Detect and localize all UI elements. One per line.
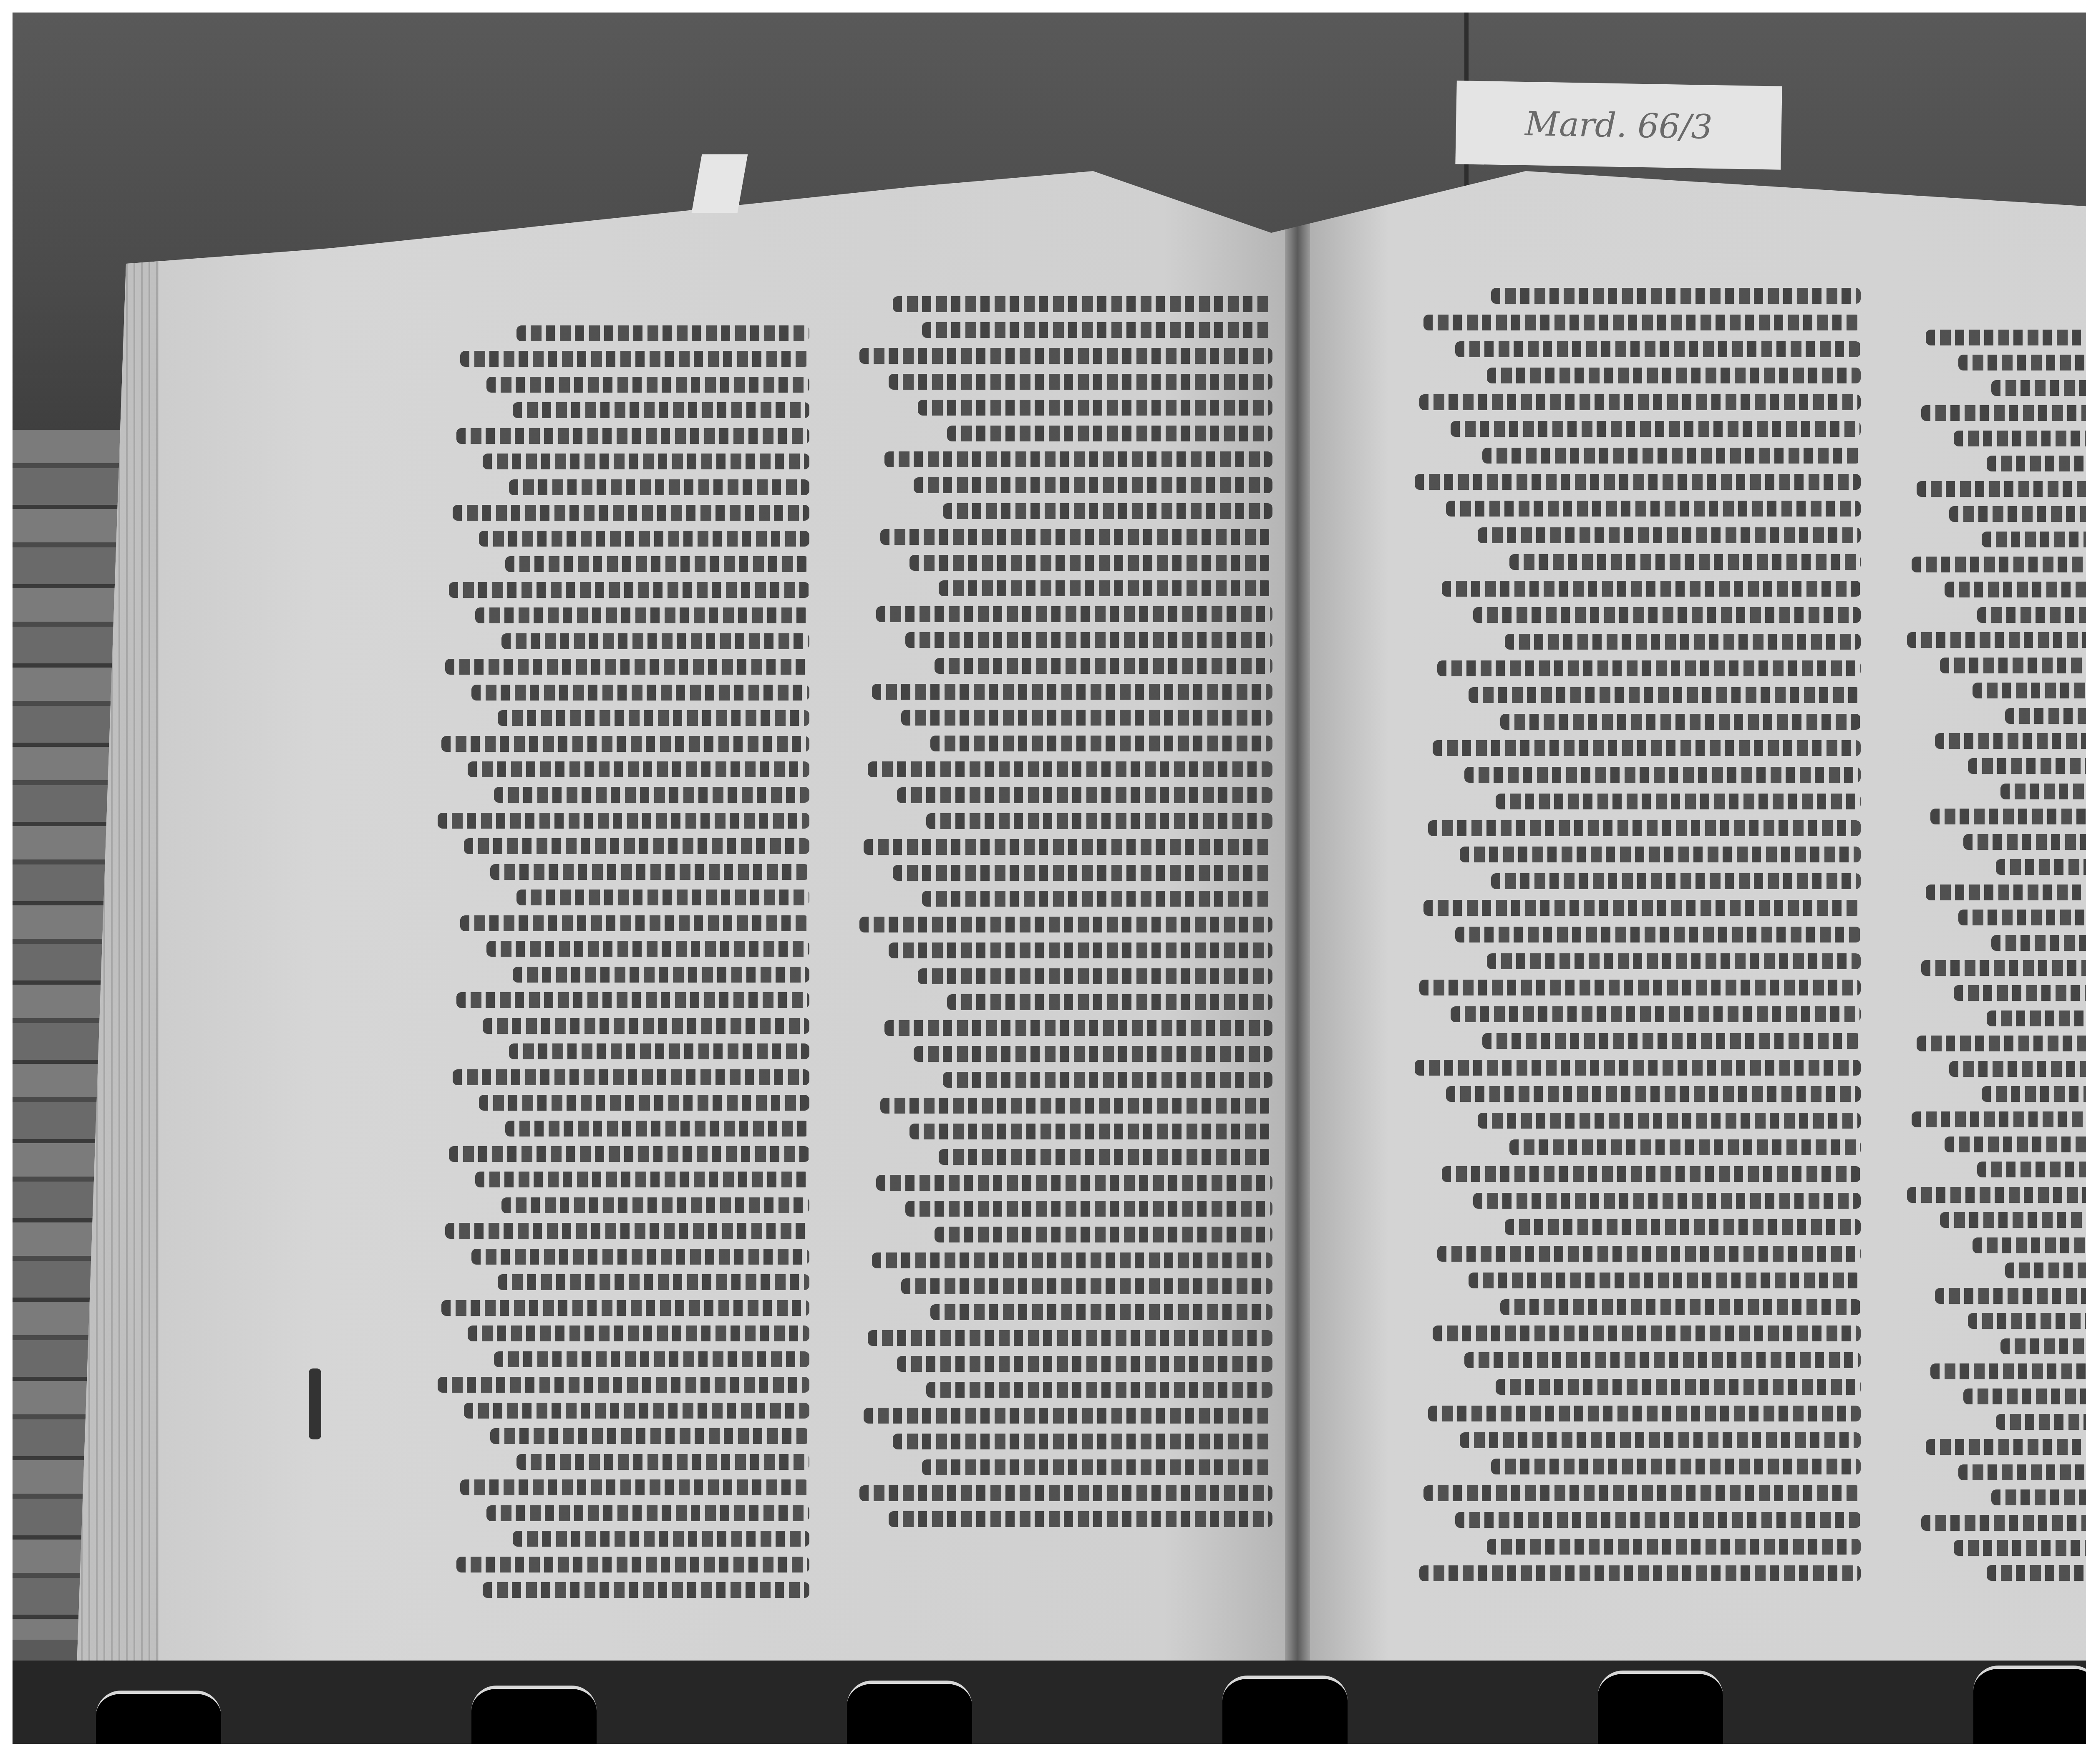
manuscript-text-line: [505, 556, 809, 572]
manuscript-text-line: [943, 503, 1272, 519]
manuscript-text-line: [456, 992, 809, 1008]
manuscript-text-line: [864, 839, 1272, 855]
manuscript-text-line: [1958, 355, 2086, 370]
manuscript-text-line: [486, 377, 809, 393]
left-page: [75, 171, 1285, 1715]
manuscript-text-line: [1935, 733, 2086, 749]
shelfmark-label: Mard. 66/3: [1455, 81, 1782, 170]
manuscript-text-line: [516, 1454, 809, 1470]
manuscript-text-line: [479, 1095, 809, 1111]
manuscript-text-line: [1451, 1006, 1861, 1022]
manuscript-text-line: [1491, 288, 1861, 304]
manuscript-text-line: [516, 890, 809, 905]
manuscript-text-line: [1423, 900, 1861, 916]
manuscript-text-line: [889, 942, 1272, 958]
manuscript-text-line: [1423, 315, 1861, 330]
manuscript-text-line: [914, 1046, 1272, 1062]
manuscript-text-line: [859, 917, 1272, 932]
right-page-outer-column: [1902, 330, 2086, 1581]
manuscript-text-line: [889, 1511, 1272, 1527]
manuscript-text-line: [1415, 1060, 1861, 1076]
manuscript-text-line: [1958, 1464, 2086, 1480]
manuscript-text-line: [1487, 953, 1861, 969]
manuscript-text-line: [1487, 1539, 1861, 1555]
manuscript-text-line: [859, 1485, 1272, 1501]
manuscript-text-line: [1446, 1086, 1861, 1102]
manuscript-text-line: [516, 325, 809, 341]
manuscript-text-line: [935, 1227, 1272, 1242]
manuscript-text-line: [479, 531, 809, 547]
manuscript-text-line: [922, 322, 1272, 338]
manuscript-text-line: [453, 1069, 809, 1085]
manuscript-text-line: [1423, 1485, 1861, 1501]
manuscript-text-line: [930, 736, 1272, 751]
manuscript-text-line: [464, 1403, 809, 1419]
manuscript-text-line: [1921, 405, 2086, 421]
film-sprocket-hole: [1222, 1676, 1348, 1744]
manuscript-text-line: [893, 296, 1272, 312]
manuscript-text-line: [1949, 1061, 2086, 1077]
manuscript-text-line: [1500, 714, 1861, 730]
manuscript-text-line: [1926, 1439, 2086, 1455]
manuscript-text-line: [1968, 1313, 2086, 1329]
manuscript-text-line: [889, 374, 1272, 390]
manuscript-text-line: [897, 787, 1272, 803]
manuscript-text-line: [1926, 330, 2086, 345]
manuscript-text-line: [872, 1252, 1272, 1268]
manuscript-text-line: [905, 1201, 1272, 1217]
manuscript-text-line: [1996, 1414, 2086, 1430]
manuscript-text-line: [1982, 532, 2086, 547]
manuscript-text-line: [926, 1382, 1272, 1398]
manuscript-text-line: [445, 659, 809, 675]
manuscript-text-line: [509, 479, 809, 495]
left-page-outer-column: [434, 325, 809, 1598]
film-sprocket-hole: [1598, 1671, 1723, 1744]
manuscript-text-line: [1419, 394, 1861, 410]
manuscript-text-line: [1977, 1162, 2086, 1177]
manuscript-text-line: [490, 1428, 809, 1444]
manuscript-text-line: [909, 555, 1272, 571]
manuscript-text-line: [1487, 368, 1861, 383]
manuscript-text-line: [1437, 1246, 1861, 1262]
manuscript-text-line: [1469, 687, 1861, 703]
manuscript-text-line: [1907, 1187, 2086, 1203]
manuscript-text-line: [943, 1072, 1272, 1088]
manuscript-text-line: [460, 351, 809, 367]
manuscript-text-line: [918, 400, 1272, 416]
manuscript-text-line: [441, 1300, 809, 1316]
manuscript-text-line: [1491, 1459, 1861, 1474]
manuscript-text-line: [513, 402, 809, 418]
manuscript-text-line: [880, 1098, 1272, 1114]
manuscript-text-line: [1419, 980, 1861, 995]
manuscript-text-line: [460, 1479, 809, 1495]
manuscript-text-line: [1930, 1363, 2086, 1379]
manuscript-text-line: [460, 915, 809, 931]
manuscript-text-line: [922, 891, 1272, 907]
manuscript-text-line: [1987, 456, 2086, 471]
manuscript-text-line: [1921, 1515, 2086, 1531]
manuscript-text-line: [1419, 1565, 1861, 1581]
manuscript-text-line: [1912, 1111, 2086, 1127]
manuscript-text-line: [1428, 820, 1861, 836]
manuscript-text-line: [1991, 380, 2086, 396]
manuscript-text-line: [1455, 927, 1861, 942]
manuscript-text-line: [1482, 1033, 1861, 1049]
manuscript-text-line: [1500, 1299, 1861, 1315]
manuscript-text-line: [868, 1330, 1272, 1346]
manuscript-text-line: [859, 348, 1272, 364]
manuscript-text-line: [486, 1505, 809, 1521]
manuscript-text-line: [1473, 1193, 1861, 1209]
manuscript-text-line: [483, 1582, 809, 1598]
manuscript-text-line: [1464, 1352, 1861, 1368]
manuscript-text-line: [918, 968, 1272, 984]
manuscript-text-line: [2005, 708, 2086, 724]
manuscript-text-line: [1954, 985, 2086, 1001]
manuscript-text-line: [1464, 767, 1861, 783]
manuscript-text-line: [1428, 1406, 1861, 1421]
manuscript-text-line: [1455, 1512, 1861, 1528]
manuscript-text-line: [1921, 960, 2086, 976]
manuscript-text-line: [1940, 1212, 2086, 1228]
manuscript-text-line: [445, 1223, 809, 1239]
open-manuscript: ✱: [75, 171, 2086, 1715]
film-sprocket-hole: [1973, 1666, 2086, 1744]
manuscript-text-line: [864, 1408, 1272, 1424]
manuscript-text-line: [2000, 784, 2086, 799]
film-strip-edge: [13, 1661, 2086, 1744]
manuscript-text-line: [1935, 1288, 2086, 1304]
manuscript-text-line: [1505, 1219, 1861, 1235]
manuscript-text-line: [2000, 1338, 2086, 1354]
manuscript-text-line: [1945, 582, 2086, 597]
manuscript-text-line: [438, 813, 809, 829]
manuscript-text-line: [939, 1149, 1272, 1165]
manuscript-text-line: [1954, 1540, 2086, 1556]
manuscript-text-line: [914, 477, 1272, 493]
manuscript-text-line: [1509, 1139, 1861, 1155]
manuscript-text-line: [1996, 859, 2086, 875]
manuscript-text-line: [513, 1531, 809, 1547]
manuscript-text-line: [456, 1557, 809, 1572]
manuscript-text-line: [1907, 632, 2086, 648]
manuscript-text-line: [939, 580, 1272, 596]
manuscript-text-line: [901, 1278, 1272, 1294]
manuscript-text-line: [1446, 501, 1861, 517]
manuscript-text-line: [509, 1043, 809, 1059]
manuscript-text-line: [471, 685, 809, 701]
manuscript-text-line: [475, 607, 809, 623]
manuscript-text-line: [1912, 557, 2086, 572]
manuscript-text-line: [1930, 809, 2086, 824]
manuscript-text-line: [505, 1121, 809, 1137]
manuscript-text-line: [872, 684, 1272, 700]
manuscript-text-line: [468, 761, 809, 777]
manuscript-text-line: [494, 1351, 809, 1367]
film-sprocket-hole: [96, 1691, 221, 1744]
manuscript-text-line: [905, 632, 1272, 648]
manuscript-text-line: [1451, 421, 1861, 437]
manuscript-text-line: [1496, 794, 1861, 809]
manuscript-text-line: [897, 1356, 1272, 1372]
manuscript-text-line: [449, 582, 809, 598]
manuscript-text-line: [1973, 1237, 2086, 1253]
manuscript-text-line: [1460, 847, 1861, 862]
manuscript-text-line: [901, 710, 1272, 726]
manuscript-text-line: [926, 813, 1272, 829]
manuscript-text-line: [1945, 1137, 2086, 1152]
manuscript-text-line: [893, 865, 1272, 881]
manuscript-text-line: [876, 606, 1272, 622]
manuscript-text-line: [513, 967, 809, 983]
manuscript-text-line: [1460, 1432, 1861, 1448]
manuscript-text-line: [1415, 474, 1861, 490]
manuscript-text-line: [868, 761, 1272, 777]
manuscript-text-line: [1442, 1166, 1861, 1182]
manuscript-text-line: [1442, 581, 1861, 597]
manuscript-text-line: [1496, 1379, 1861, 1395]
manuscript-text-line: [471, 1249, 809, 1265]
manuscript-text-line: [453, 505, 809, 521]
manuscript-text-line: [1954, 431, 2086, 446]
manuscript-text-line: [935, 658, 1272, 674]
manuscript-text-line: [922, 1459, 1272, 1475]
marginal-annotation: [309, 1368, 321, 1439]
film-sprocket-hole: [471, 1686, 597, 1744]
manuscript-text-line: [1473, 607, 1861, 623]
manuscript-text-line: [1973, 683, 2086, 698]
manuscript-text-line: [468, 1326, 809, 1341]
manuscript-text-line: [947, 994, 1272, 1010]
manuscript-text-line: [1478, 1113, 1861, 1129]
manuscript-text-line: [893, 1434, 1272, 1449]
manuscript-text-line: [1982, 1086, 2086, 1102]
manuscript-text-line: [884, 451, 1272, 467]
manuscript-text-line: [1991, 935, 2086, 951]
manuscript-text-line: [501, 633, 809, 649]
manuscript-text-line: [2005, 1263, 2086, 1278]
manuscript-text-line: [490, 864, 809, 880]
manuscript-text-line: [494, 787, 809, 803]
photo-frame: Mard. 66/3 ✱: [13, 13, 2086, 1744]
manuscript-text-line: [438, 1377, 809, 1393]
manuscript-text-line: [1917, 481, 2086, 497]
manuscript-text-line: [909, 1124, 1272, 1139]
manuscript-text-line: [1509, 554, 1861, 570]
manuscript-text-line: [441, 736, 809, 752]
manuscript-text-line: [1455, 341, 1861, 357]
right-page: ✱: [1310, 171, 2086, 1715]
manuscript-text-line: [884, 1020, 1272, 1036]
manuscript-text-line: [930, 1304, 1272, 1320]
shelfmark-text: Mard. 66/3: [1524, 104, 1713, 146]
manuscript-text-line: [456, 428, 809, 444]
manuscript-text-line: [1491, 873, 1861, 889]
manuscript-text-line: [475, 1172, 809, 1187]
manuscript-text-line: [1968, 758, 2086, 774]
manuscript-text-line: [1940, 658, 2086, 673]
manuscript-text-line: [1977, 607, 2086, 623]
manuscript-text-line: [880, 529, 1272, 545]
manuscript-text-line: [1991, 1489, 2086, 1505]
manuscript-text-line: [1482, 448, 1861, 464]
manuscript-text-line: [498, 1274, 809, 1290]
manuscript-text-line: [501, 1197, 809, 1213]
manuscript-text-line: [1949, 506, 2086, 522]
manuscript-text-line: [498, 710, 809, 726]
manuscript-text-line: [1505, 634, 1861, 650]
book-gutter: [1285, 171, 1310, 1715]
manuscript-text-line: [464, 838, 809, 854]
manuscript-text-line: [1987, 1011, 2086, 1026]
right-page-inner-column: [1410, 288, 1861, 1581]
manuscript-text-line: [483, 1018, 809, 1034]
manuscript-text-line: [483, 454, 809, 469]
manuscript-text-line: [947, 426, 1272, 441]
manuscript-text-line: [1469, 1273, 1861, 1288]
manuscript-text-line: [1917, 1036, 2086, 1051]
manuscript-text-line: [1433, 1326, 1861, 1341]
manuscript-text-line: [876, 1175, 1272, 1191]
manuscript-text-line: [486, 941, 809, 957]
manuscript-text-line: [1987, 1565, 2086, 1581]
film-sprocket-hole: [847, 1681, 972, 1744]
manuscript-text-line: [1478, 527, 1861, 543]
manuscript-text-line: [1437, 660, 1861, 676]
manuscript-text-line: [1958, 910, 2086, 925]
manuscript-text-line: [1926, 885, 2086, 900]
manuscript-text-line: [449, 1146, 809, 1162]
manuscript-text-line: [1963, 1389, 2086, 1404]
left-page-inner-column: [855, 296, 1272, 1527]
manuscript-text-line: [1963, 834, 2086, 850]
manuscript-text-line: [1433, 740, 1861, 756]
